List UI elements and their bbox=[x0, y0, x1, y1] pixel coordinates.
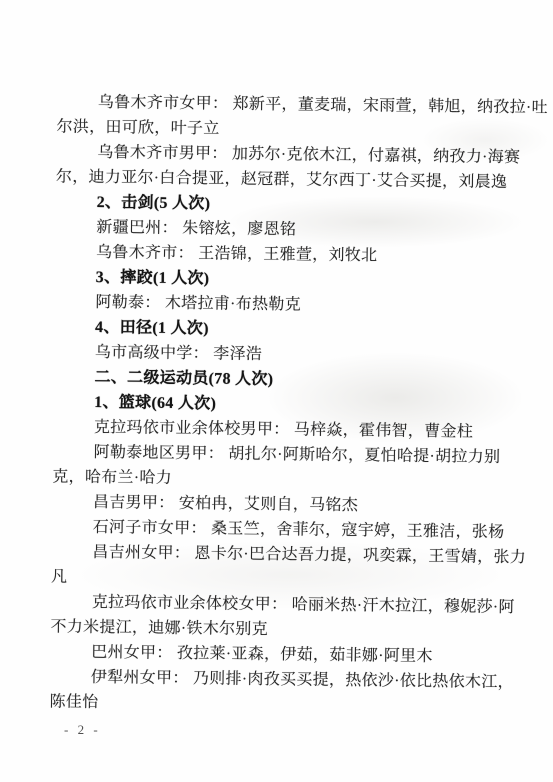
page-number: - 2 - bbox=[64, 722, 101, 738]
scanned-document-page: 乌鲁木齐市女甲： 郑新平，董麦瑞，宋雨萱，韩旭，纳孜拉·吐 尔洪，田可欣，叶子立… bbox=[0, 0, 553, 782]
document-body: 乌鲁木齐市女甲： 郑新平，董麦瑞，宋雨萱，韩旭，纳孜拉·吐 尔洪，田可欣，叶子立… bbox=[0, 89, 553, 721]
